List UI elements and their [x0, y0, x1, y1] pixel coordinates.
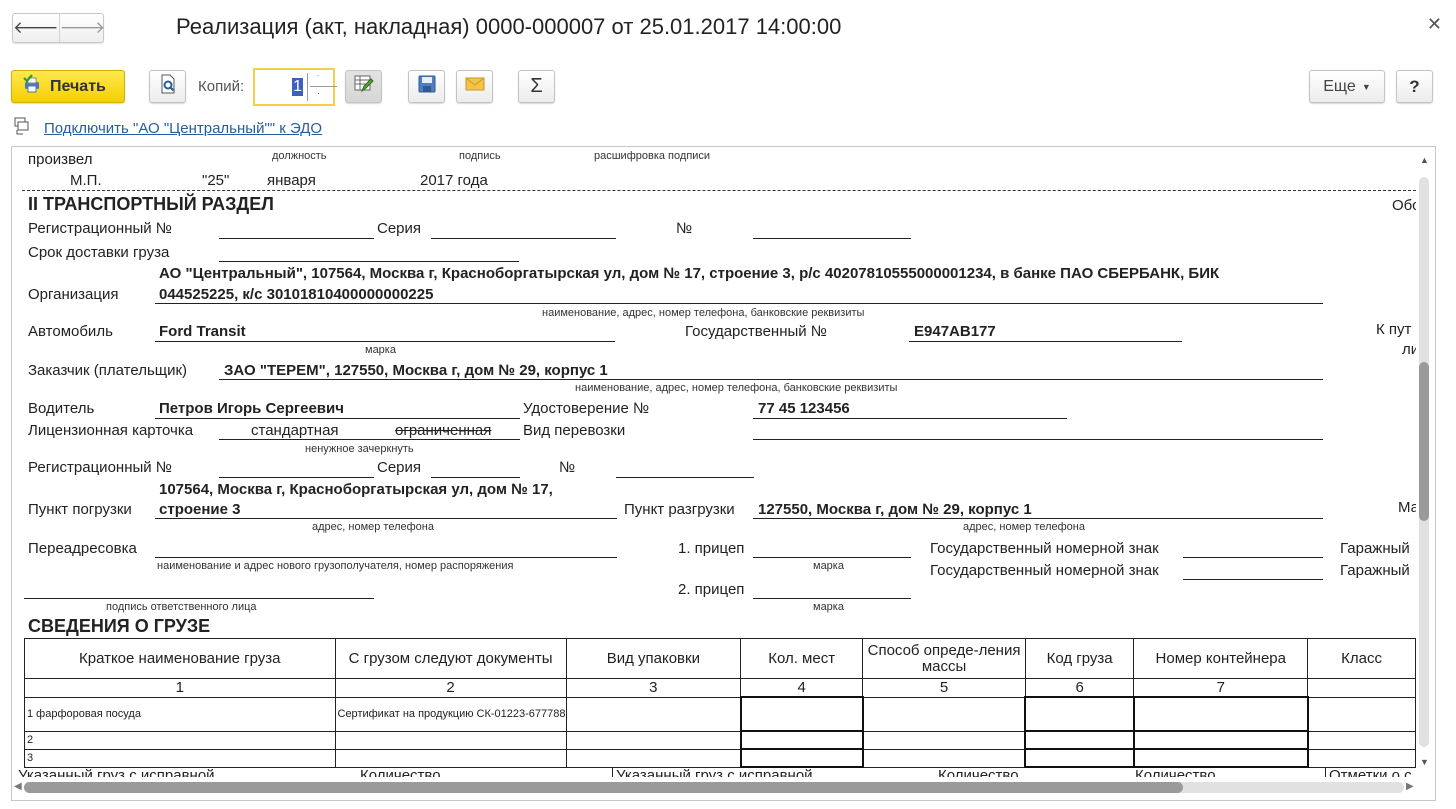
- car-value: Ford Transit: [159, 323, 246, 340]
- driver-label: Водитель: [28, 400, 94, 417]
- loading-label: Пункт погрузки: [28, 501, 132, 518]
- cargo-cell: [741, 749, 863, 767]
- trailer1-line: [753, 557, 911, 558]
- arrow-right-icon: 🡒: [60, 18, 106, 38]
- table-row: 3: [25, 749, 1416, 767]
- col-number: 1: [25, 679, 336, 698]
- cargo-cell: [863, 749, 1026, 767]
- customer-value: ЗАО "ТЕРЕМ", 127550, Москва г, дом № 29,…: [224, 362, 608, 379]
- unloading-line: [753, 518, 1323, 519]
- print-label: Печать: [50, 78, 106, 96]
- col-header: Вид упаковки: [566, 639, 740, 679]
- scroll-down-icon[interactable]: ▼: [1420, 757, 1429, 767]
- more-button[interactable]: Еще ▼: [1309, 70, 1385, 103]
- transport-type-line: [753, 439, 1323, 440]
- cargo-cell: 3: [25, 749, 336, 767]
- edo-icon: [12, 116, 32, 141]
- reg-no-line: [219, 238, 374, 239]
- driver-line: [155, 418, 520, 419]
- license-value: 77 45 123456: [758, 400, 850, 417]
- cargo-header-row: Краткое наименование груза С грузом след…: [25, 639, 1416, 679]
- license-line: [753, 418, 1067, 419]
- trailer1-label: 1. прицеп: [678, 540, 744, 557]
- table-row: 1 фарфоровая посуда Сертификат на продук…: [25, 697, 1416, 731]
- loading-hint: адрес, номер телефона: [312, 521, 434, 533]
- help-button[interactable]: ?: [1396, 70, 1433, 103]
- cargo-cell: [566, 697, 740, 731]
- org-label: Организация: [28, 286, 118, 303]
- col-header: Код груза: [1025, 639, 1134, 679]
- car-line: [155, 341, 615, 342]
- cargo-cell: [335, 731, 566, 749]
- printer-icon: [22, 74, 42, 99]
- cargo-cell: [335, 749, 566, 767]
- trailer2-label: 2. прицеп: [678, 581, 744, 598]
- cargo-cell: [566, 749, 740, 767]
- copies-value[interactable]: 1: [292, 78, 303, 96]
- cargo-cell: [1134, 697, 1308, 731]
- card-limited: ограниченная: [395, 422, 491, 439]
- position-hint: должность: [272, 150, 327, 162]
- loading-value-line1: 107564, Москва г, Красноборгатырская ул,…: [159, 481, 553, 498]
- vertical-scroll-track[interactable]: [1419, 177, 1429, 747]
- cargo-cell: [1134, 749, 1308, 767]
- edo-row: Подключить "АО "Центральный"" к ЭДО: [12, 116, 322, 141]
- vertical-scrollbar[interactable]: ▲ ▼: [1415, 147, 1435, 777]
- col-number: 6: [1025, 679, 1134, 698]
- responsible-hint: подпись ответственного лица: [106, 601, 257, 613]
- col-header: Класс: [1308, 639, 1416, 679]
- copies-label: Копий:: [198, 78, 244, 95]
- series-line-2: [431, 477, 520, 478]
- chevron-down-icon: ▼: [1362, 82, 1371, 92]
- sum-icon: Σ: [530, 75, 542, 98]
- horizontal-scroll-thumb[interactable]: [24, 782, 1183, 793]
- license-label: Удостоверение №: [523, 400, 649, 417]
- cargo-cell: [863, 697, 1026, 731]
- no-label-2: №: [559, 459, 575, 476]
- right-cut-text: Ма: [1398, 499, 1416, 516]
- unloading-label: Пункт разгрузки: [624, 501, 735, 518]
- navigation-buttons: 🡐 🡒: [12, 13, 104, 43]
- cargo-cell: [1308, 749, 1416, 767]
- unloading-value: 127550, Москва г, дом № 29, корпус 1: [758, 501, 1032, 518]
- org-line: [155, 303, 1323, 304]
- scroll-left-icon[interactable]: ◀: [14, 781, 22, 792]
- col-header: Способ опреде-ления массы: [863, 639, 1026, 679]
- email-button[interactable]: [456, 70, 493, 103]
- cargo-cell: [741, 697, 863, 731]
- series-line: [431, 238, 616, 239]
- decoding-hint: расшифровка подписи: [594, 150, 710, 162]
- cargo-cell: [1134, 731, 1308, 749]
- signature-hint: подпись: [459, 150, 501, 162]
- state-no-value: Е947АВ177: [914, 323, 996, 340]
- back-button[interactable]: 🡐: [13, 14, 59, 42]
- org-value-line2: 044525225, к/с 30101810400000000225: [159, 286, 433, 303]
- arrow-left-icon: 🡐: [13, 18, 59, 38]
- stamp-label: М.П.: [70, 172, 102, 189]
- plate2-label: Государственный номерной знак: [930, 562, 1159, 579]
- garage1-label: Гаражный: [1340, 540, 1410, 557]
- customer-hint: наименование, адрес, номер телефона, бан…: [575, 382, 897, 394]
- cargo-heading: СВЕДЕНИЯ О ГРУЗЕ: [28, 616, 210, 637]
- org-value-line1: АО "Центральный", 107564, Москва г, Крас…: [159, 265, 1219, 282]
- plate1-line: [1183, 557, 1323, 558]
- col-header: Кол. мест: [741, 639, 863, 679]
- plate2-line: [1183, 579, 1323, 580]
- card-standard: стандартная: [251, 422, 339, 439]
- col-number: 5: [863, 679, 1026, 698]
- cargo-cell: [1025, 731, 1134, 749]
- col-number: 4: [741, 679, 863, 698]
- col-number: 7: [1134, 679, 1308, 698]
- col-header: Номер контейнера: [1134, 639, 1308, 679]
- edit-table-icon: [354, 75, 374, 98]
- unloading-hint: адрес, номер телефона: [963, 521, 1085, 533]
- cut-line: [22, 190, 1416, 191]
- loading-value-line2: строение 3: [159, 501, 241, 518]
- date-day: "25": [202, 172, 229, 189]
- save-button[interactable]: [408, 70, 445, 103]
- reg-no-label: Регистрационный №: [28, 220, 172, 237]
- no-line-2: [616, 477, 754, 478]
- forward-button[interactable]: 🡒: [59, 14, 106, 42]
- loading-line: [155, 518, 617, 519]
- reg-no-label-2: Регистрационный №: [28, 459, 172, 476]
- delivery-line: [219, 261, 519, 262]
- card-line: [219, 439, 520, 440]
- transport-type-label: Вид перевозки: [523, 422, 625, 439]
- edit-table-button[interactable]: [345, 70, 382, 103]
- redirect-hint: наименование и адрес нового грузополучат…: [157, 560, 513, 572]
- cargo-cell: [566, 731, 740, 749]
- date-month: января: [267, 172, 316, 189]
- col-header: С грузом следуют документы: [335, 639, 566, 679]
- plate1-label: Государственный номерной знак: [930, 540, 1159, 557]
- spin-down-icon[interactable]: ·: [308, 87, 329, 100]
- car-label: Автомобиль: [28, 323, 113, 340]
- reg-no-line-2: [219, 477, 374, 478]
- preview-icon: [159, 74, 177, 99]
- more-label: Еще: [1323, 78, 1356, 96]
- redirect-label: Переадресовка: [28, 540, 137, 557]
- cargo-cell: [1025, 749, 1134, 767]
- window-title: Реализация (акт, накладная) 0000-000007 …: [176, 14, 841, 40]
- cargo-cell: Сертификат на продукцию СК-01223-677788: [335, 697, 566, 731]
- date-year: 2017 года: [420, 172, 488, 189]
- right-cut-text: К пут: [1376, 321, 1411, 338]
- cargo-cell: 1 фарфоровая посуда: [25, 697, 336, 731]
- cargo-table: Краткое наименование груза С грузом след…: [24, 638, 1416, 768]
- col-number: [1308, 679, 1416, 698]
- print-form-sheet: произвел должность подпись расшифровка п…: [12, 147, 1416, 777]
- no-line: [753, 238, 911, 239]
- sum-button[interactable]: Σ: [518, 70, 555, 103]
- customer-line: [219, 379, 1323, 380]
- vertical-scroll-thumb[interactable]: [1419, 362, 1429, 522]
- responsible-line: [24, 598, 374, 599]
- col-number: 3: [566, 679, 740, 698]
- card-label: Лицензионная карточка: [28, 422, 193, 439]
- garage2-label: Гаражный: [1340, 562, 1410, 579]
- card-hint: ненужное зачеркнуть: [305, 443, 414, 455]
- produced-label: произвел: [28, 151, 92, 168]
- table-row: 2: [25, 731, 1416, 749]
- close-icon: ✕: [1427, 14, 1442, 34]
- customer-label: Заказчик (плательщик): [28, 362, 187, 379]
- driver-value: Петров Игорь Сергеевич: [159, 400, 344, 417]
- org-hint: наименование, адрес, номер телефона, бан…: [542, 307, 864, 319]
- copies-spin: ˙ ·: [307, 73, 329, 101]
- document-viewer: произвел должность подпись расшифровка п…: [11, 146, 1436, 801]
- series-label: Серия: [377, 220, 421, 237]
- car-hint: марка: [365, 344, 396, 356]
- email-icon: [465, 77, 485, 96]
- col-number: 2: [335, 679, 566, 698]
- redirect-line: [155, 557, 617, 558]
- cargo-cell: [1025, 697, 1134, 731]
- print-button[interactable]: Печать: [11, 70, 125, 103]
- cargo-cell: [1308, 697, 1416, 731]
- help-label: ?: [1409, 77, 1419, 97]
- trailer2-hint: марка: [813, 601, 844, 613]
- state-no-label: Государственный №: [685, 323, 827, 340]
- col-header: Краткое наименование груза: [25, 639, 336, 679]
- spin-up-icon[interactable]: ˙: [308, 73, 329, 86]
- transport-heading: II ТРАНСПОРТНЫЙ РАЗДЕЛ: [28, 194, 274, 215]
- series-label-2: Серия: [377, 459, 421, 476]
- cargo-cell: 2: [25, 731, 336, 749]
- right-cut-text: ли: [1402, 341, 1416, 358]
- cargo-cell: [863, 731, 1026, 749]
- scroll-up-icon[interactable]: ▲: [1420, 155, 1429, 165]
- trailer1-hint: марка: [813, 560, 844, 572]
- cargo-cell: [1308, 731, 1416, 749]
- horizontal-scrollbar[interactable]: ◀ ▶: [12, 776, 1416, 800]
- horizontal-scroll-track[interactable]: [24, 782, 1404, 793]
- cargo-cell: [741, 731, 863, 749]
- trailer2-line: [753, 598, 911, 599]
- state-no-line: [909, 341, 1182, 342]
- copies-stepper[interactable]: 1 ˙ ·: [253, 68, 335, 106]
- save-icon: [418, 75, 436, 98]
- no-label: №: [676, 220, 692, 237]
- cargo-number-row: 1 2 3 4 5 6 7: [25, 679, 1416, 698]
- edo-connect-link[interactable]: Подключить "АО "Центральный"" к ЭДО: [44, 120, 322, 137]
- preview-button[interactable]: [149, 70, 186, 103]
- close-button[interactable]: ✕: [1427, 14, 1442, 35]
- right-cut-text: Обс: [1392, 197, 1416, 214]
- delivery-label: Срок доставки груза: [28, 244, 169, 261]
- scroll-right-icon[interactable]: ▶: [1406, 781, 1414, 792]
